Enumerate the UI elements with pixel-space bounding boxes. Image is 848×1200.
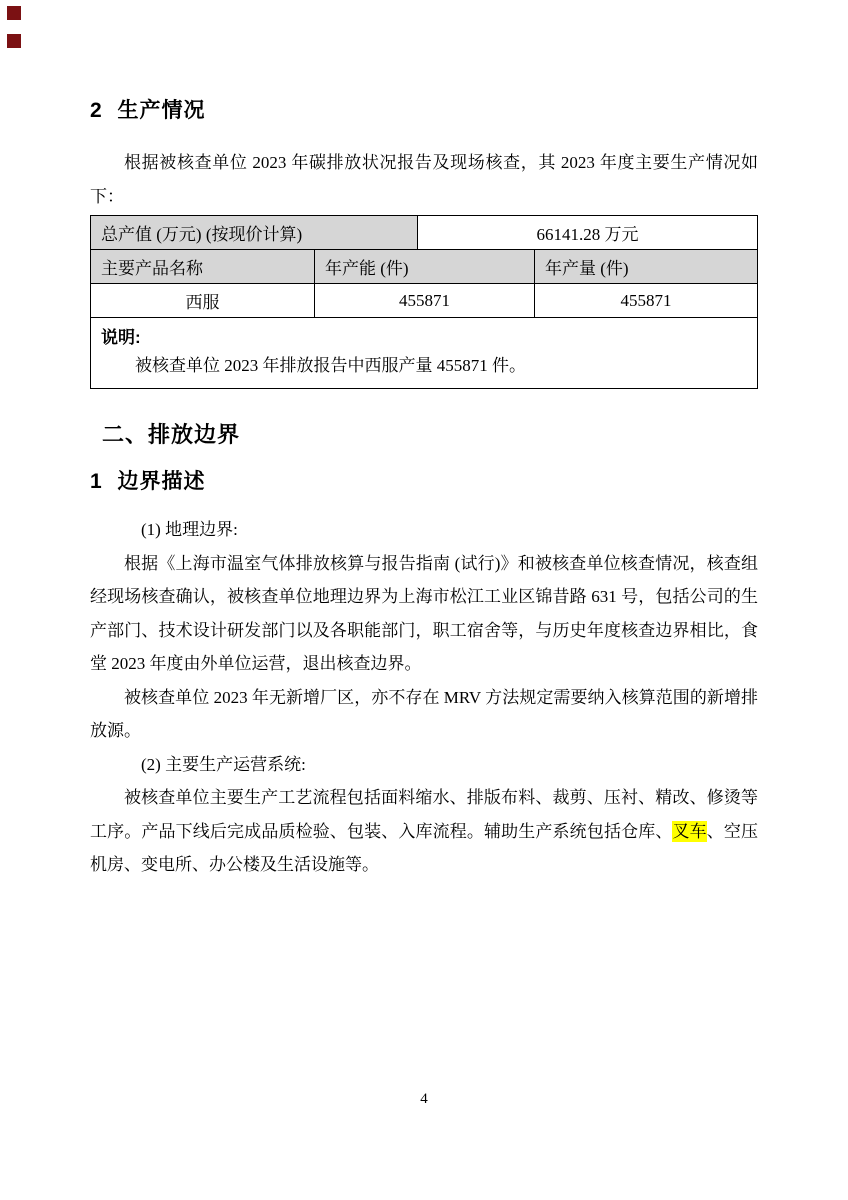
table-row: 西服 455871 455871 (91, 284, 757, 318)
col-header-output: 年产量 (件) (535, 250, 757, 283)
production-system-paragraph: 被核查单位主要生产工艺流程包括面料缩水、排版布料、裁剪、压衬、精改、修烫等工序。… (90, 781, 758, 882)
boundary-description-text: (1) 地理边界: 根据《上海市温室气体排放核算与报告指南 (试行)》和被核查单… (90, 513, 758, 882)
sys-paragraph-segment: 被核查单位主要生产工艺流程包括面料缩水、排版布料、裁剪、压衬、精改、修烫等工序。… (90, 788, 758, 841)
subsection-heading-boundary-description: 1 边界描述 (90, 470, 206, 494)
table-row: 总产值 (万元) (按现价计算) 66141.28 万元 (91, 216, 757, 250)
geo-boundary-paragraph: 根据《上海市温室气体排放核算与报告指南 (试行)》和被核查单位核查情况，核查组经… (90, 547, 758, 681)
table-note-row: 说明: 被核查单位 2023 年排放报告中西服产量 455871 件。 (91, 318, 757, 388)
page-number: 4 (0, 1091, 848, 1108)
section-heading-production: 2 生产情况 (90, 99, 206, 123)
col-header-capacity: 年产能 (件) (315, 250, 535, 283)
section-heading-boundary: 二、排放边界 (90, 422, 240, 447)
corner-marker-icon (7, 34, 21, 48)
col-header-product: 主要产品名称 (91, 250, 315, 283)
output-value-cell: 66141.28 万元 (418, 216, 757, 249)
production-system-label: (2) 主要生产运营系统: (90, 748, 758, 782)
output-cell: 455871 (535, 284, 757, 317)
intro-paragraph: 根据被核查单位 2023 年碳排放状况报告及现场核查，其 2023 年度主要生产… (90, 146, 758, 214)
corner-marker-icon (7, 6, 21, 20)
output-value-label-cell: 总产值 (万元) (按现价计算) (91, 216, 418, 249)
note-label: 说明: (101, 324, 747, 352)
product-name-cell: 西服 (91, 284, 315, 317)
table-header-row: 主要产品名称 年产能 (件) 年产量 (件) (91, 250, 757, 284)
production-table: 总产值 (万元) (按现价计算) 66141.28 万元 主要产品名称 年产能 … (90, 215, 758, 389)
highlighted-text-forklift: 叉车 (672, 821, 706, 842)
production-intro: 根据被核查单位 2023 年碳排放状况报告及现场核查，其 2023 年度主要生产… (90, 146, 758, 214)
document-page: 2 生产情况 根据被核查单位 2023 年碳排放状况报告及现场核查，其 2023… (0, 0, 848, 1200)
note-text: 被核查单位 2023 年排放报告中西服产量 455871 件。 (101, 352, 747, 380)
capacity-cell: 455871 (315, 284, 535, 317)
geo-boundary-label: (1) 地理边界: (90, 513, 758, 547)
new-source-paragraph: 被核查单位 2023 年无新增厂区，亦不存在 MRV 方法规定需要纳入核算范围的… (90, 681, 758, 748)
